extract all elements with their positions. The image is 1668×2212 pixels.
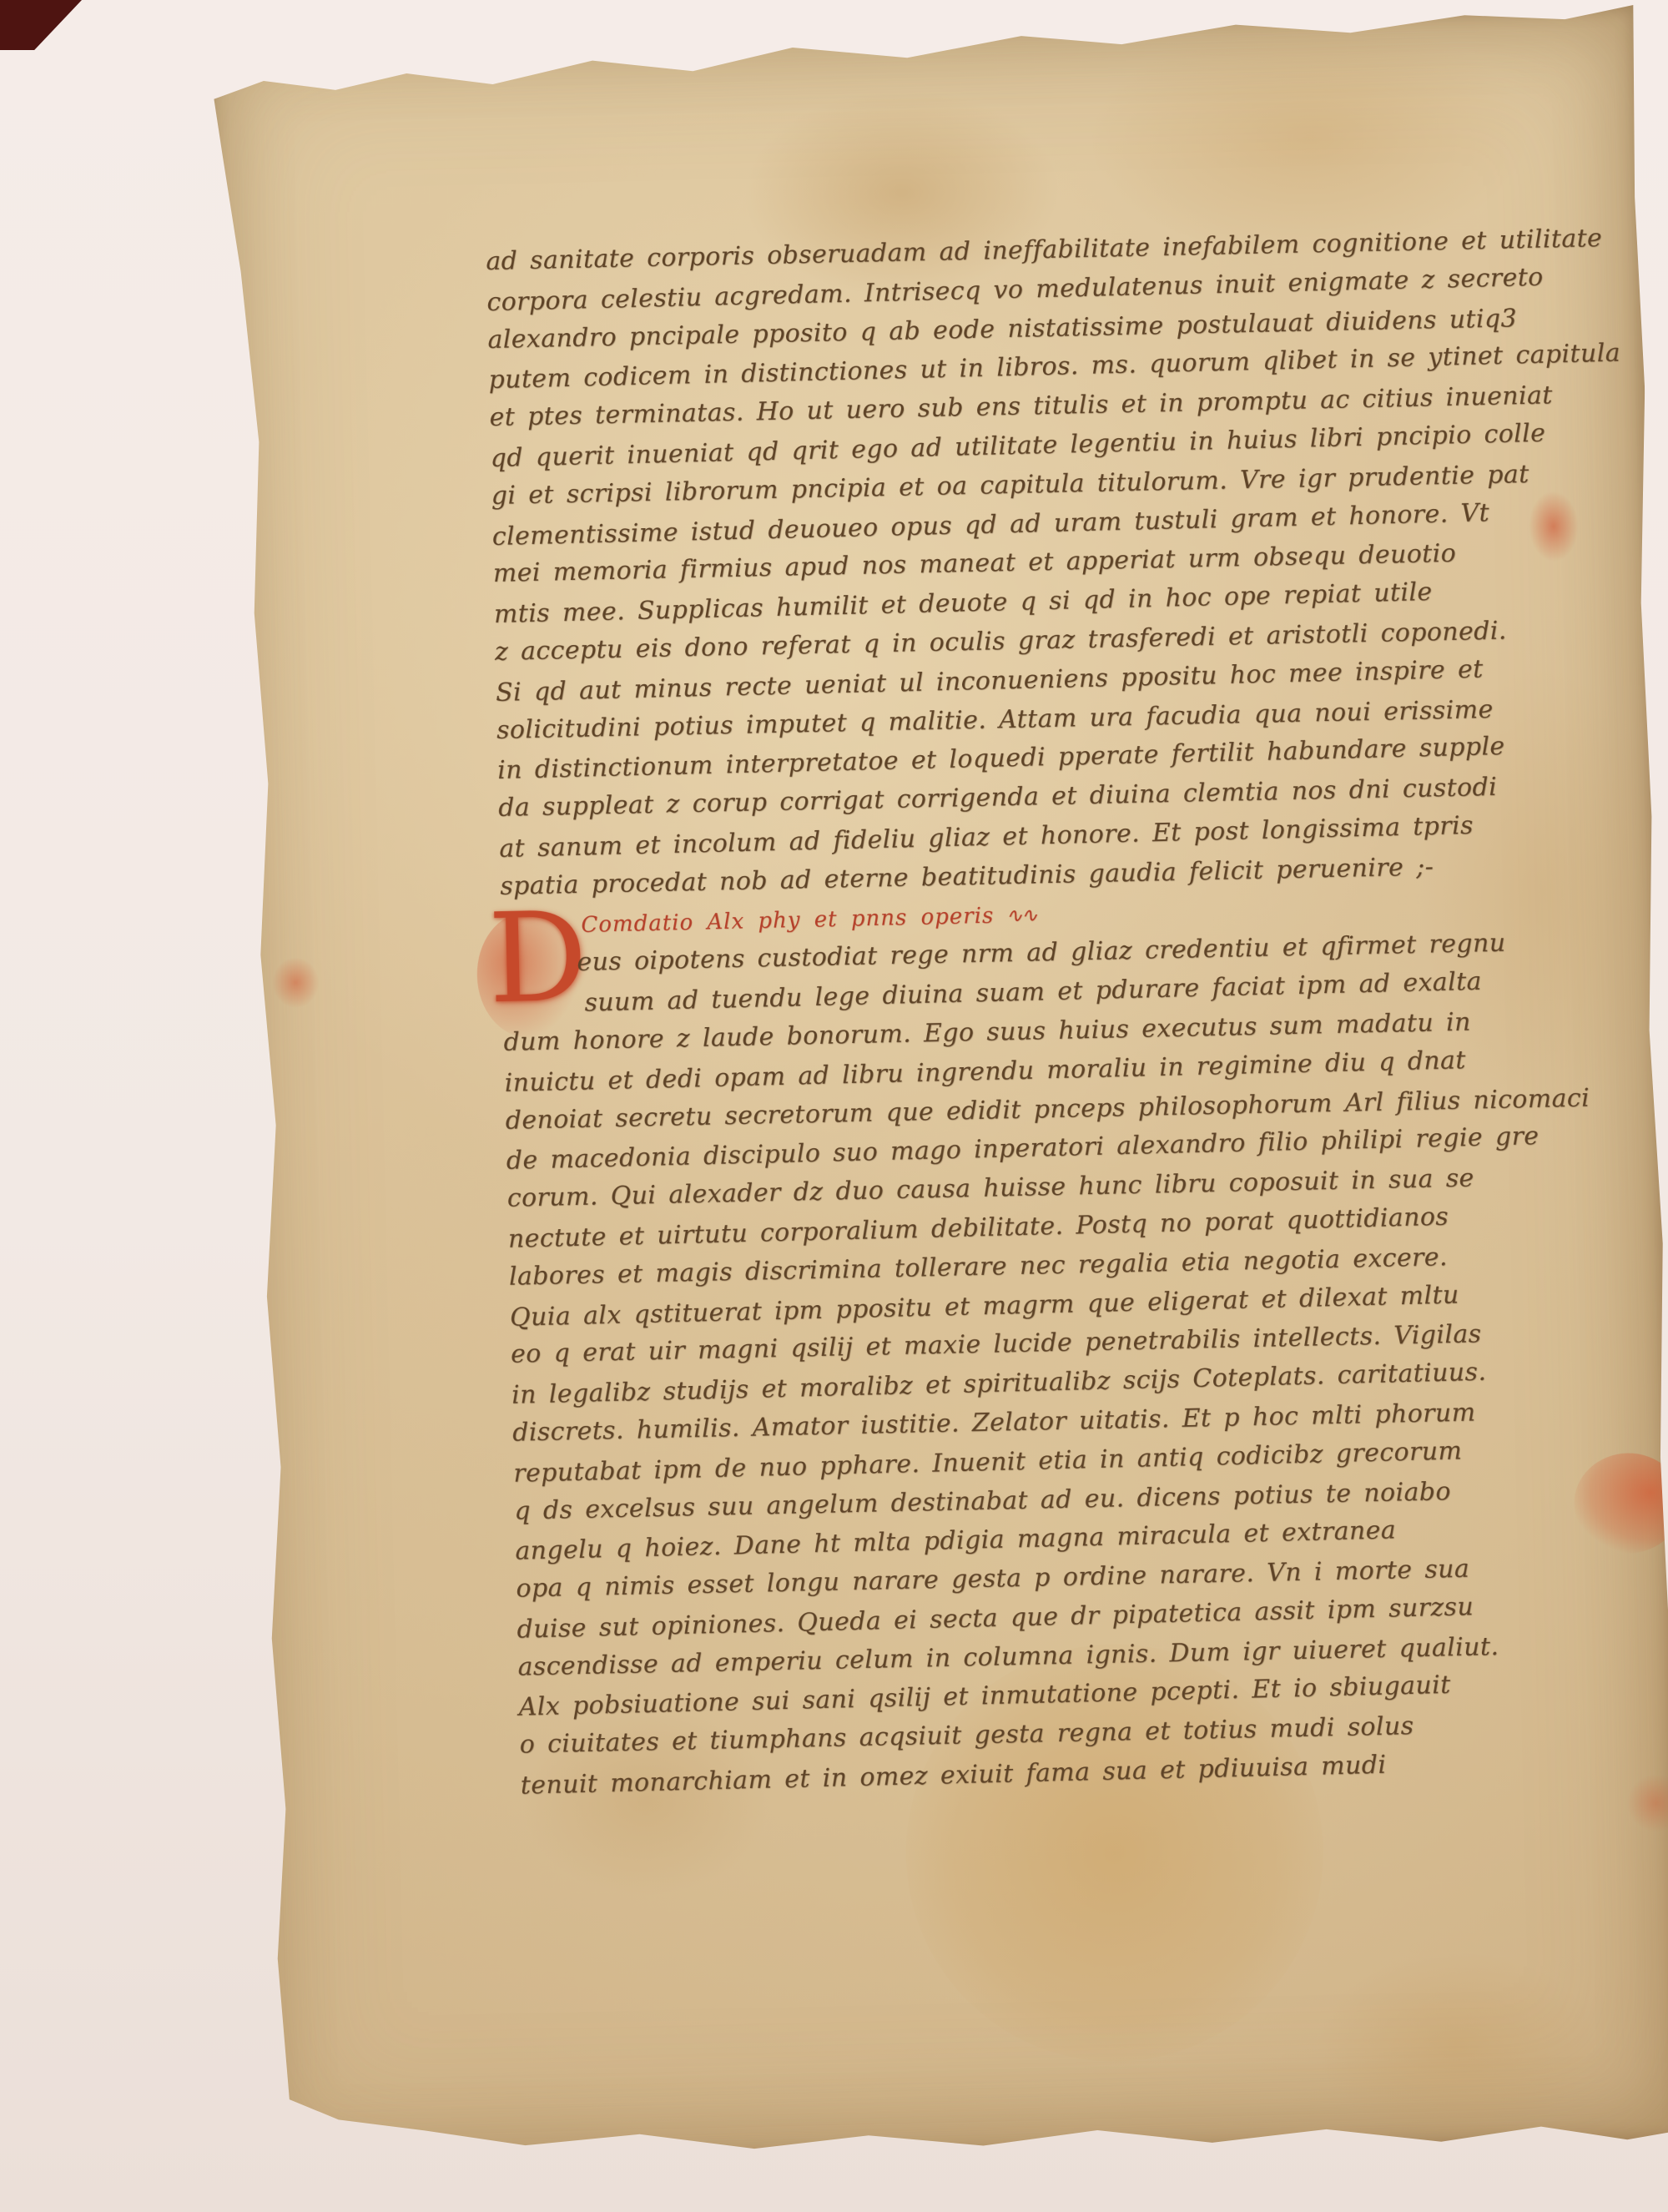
parchment-leaf: ad sanitate corporis obseruadam ad ineff… bbox=[205, 5, 1668, 2173]
red-stain bbox=[1626, 1773, 1668, 1833]
rubric-text: Comdatio Alx phy et pnns operis bbox=[581, 903, 995, 937]
photo-background: { "scene": { "description": "Photograph … bbox=[0, 0, 1668, 2212]
dark-corner-object bbox=[0, 0, 82, 50]
paragraph-2: D Comdatio Alx phy et pnns operis∿∿ eus … bbox=[501, 882, 1635, 1805]
stain bbox=[1318, 1951, 1597, 2140]
paragraph-2-lines: eus oipotens custodiat rege nrm ad gliaz… bbox=[501, 921, 1635, 1806]
text-block: ad sanitate corporis obseruadam ad ineff… bbox=[486, 219, 1635, 1806]
paragraph-1: ad sanitate corporis obseruadam ad ineff… bbox=[486, 219, 1615, 908]
rubric-flourish: ∿∿ bbox=[1005, 903, 1036, 927]
red-stain bbox=[272, 957, 319, 1008]
